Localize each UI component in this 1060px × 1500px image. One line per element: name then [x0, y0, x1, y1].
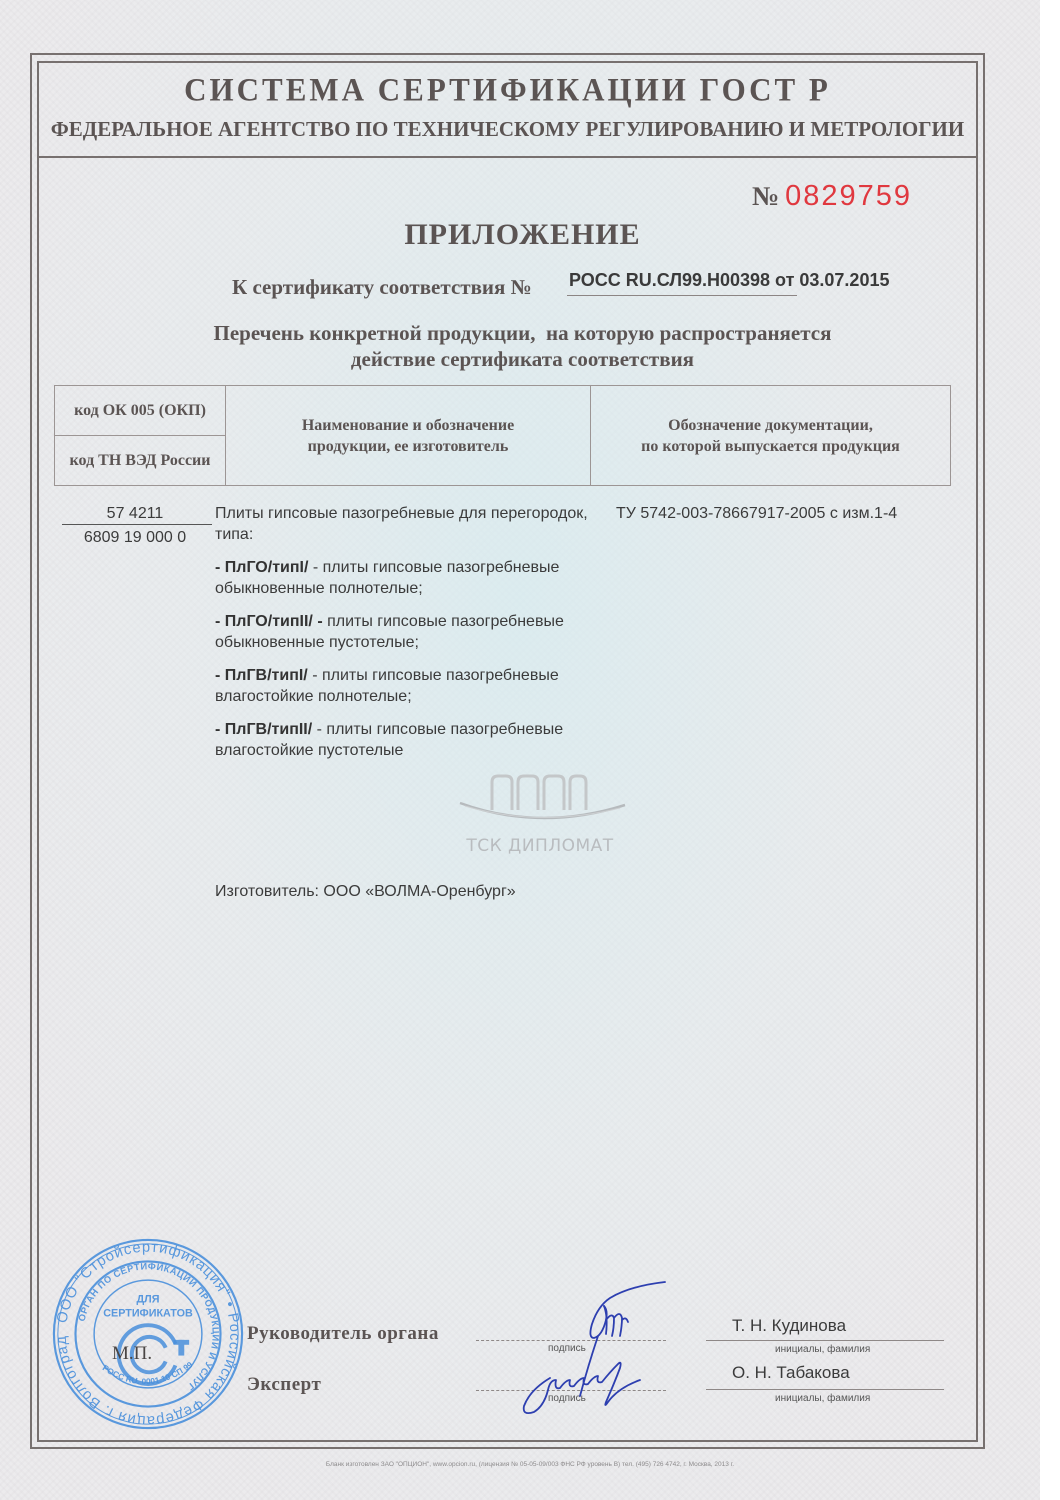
header-product-line1: Наименование и обозначение — [302, 415, 514, 436]
form-printer-footer: Бланк изготовлен ЗАО "ОПЦИОН", www.opcio… — [0, 1461, 1060, 1468]
header-product: Наименование и обозначение продукции, ее… — [226, 386, 591, 485]
stamp-center-line2: СЕРТИФИКАТОВ — [103, 1307, 193, 1319]
product-item-prefix: - — [215, 667, 225, 684]
product-item-code: ПлГО/типII/ — [225, 613, 313, 630]
agency-title: ФЕДЕРАЛЬНОЕ АГЕНТСТВО ПО ТЕХНИЧЕСКОМУ РЕ… — [37, 117, 978, 142]
header-documentation: Обозначение документации, по которой вып… — [591, 386, 950, 485]
product-item-prefix: - — [215, 721, 225, 738]
list-title-line1: Перечень конкретной продукции, на котору… — [67, 320, 978, 346]
header-divider — [37, 156, 978, 158]
dealer-watermark: ТСК ДИПЛОМАТ — [440, 770, 640, 860]
list-title-line2: действие сертификата соответствия — [67, 346, 978, 372]
product-description: Плиты гипсовые пазогребневые для перегор… — [215, 503, 595, 773]
expert-name-caption: инициалы, фамилия — [775, 1393, 870, 1404]
header-code-column: код ОК 005 (ОКП) код ТН ВЭД России — [55, 386, 226, 485]
head-name: Т. Н. Кудинова — [732, 1316, 846, 1336]
head-label: Руководитель органа — [247, 1323, 439, 1345]
product-item-prefix: - — [215, 613, 225, 630]
header-doc-line1: Обозначение документации, — [641, 415, 900, 436]
code-okp-value: 57 4211 — [60, 503, 210, 524]
expert-signature-icon — [510, 1350, 660, 1420]
form-number: №0829759 — [752, 180, 912, 213]
product-item-prefix: - — [215, 559, 225, 576]
header-product-line2: продукции, ее изготовитель — [302, 436, 514, 457]
expert-label: Эксперт — [247, 1374, 321, 1396]
product-item-code: ПлГВ/типII/ — [225, 721, 312, 738]
watermark-logo-icon — [440, 770, 640, 840]
stamp-place-label: М.П. — [112, 1343, 152, 1365]
system-title: СИСТЕМА СЕРТИФИКАЦИИ ГОСТ Р — [37, 71, 978, 109]
certificate-underline — [567, 295, 797, 296]
header-doc-line2: по которой выпускается продукция — [641, 436, 900, 457]
watermark-text: ТСК ДИПЛОМАТ — [440, 836, 640, 856]
certificate-value: РОСС RU.СЛ99.Н00398 от 03.07.2015 — [569, 270, 934, 291]
certificate-sheet: СИСТЕМА СЕРТИФИКАЦИИ ГОСТ Р ФЕДЕРАЛЬНОЕ … — [0, 0, 1040, 1500]
product-item: - ПлГО/типI/ - плиты гипсовые пазогребне… — [215, 557, 595, 599]
product-item: - ПлГВ/типI/ - плиты гипсовые пазогребне… — [215, 665, 595, 707]
head-name-line — [706, 1340, 944, 1341]
code-fraction-line — [62, 524, 212, 525]
expert-name: О. Н. Табакова — [732, 1363, 850, 1383]
header-code-okp: код ОК 005 (ОКП) — [55, 386, 225, 436]
product-item-separator: - — [312, 721, 326, 738]
list-title: Перечень конкретной продукции, на котору… — [37, 320, 978, 372]
product-item-separator: - — [308, 559, 322, 576]
product-item-code: ПлГВ/типI/ — [225, 667, 308, 684]
product-intro: Плиты гипсовые пазогребневые для перегор… — [215, 503, 595, 545]
product-item-separator: - — [308, 667, 322, 684]
code-tnved-value: 6809 19 000 0 — [60, 527, 210, 548]
product-item: - ПлГВ/типII/ - плиты гипсовые пазогребн… — [215, 719, 595, 761]
manufacturer: Изготовитель: ООО «ВОЛМА-Оренбург» — [215, 881, 516, 902]
table-header: код ОК 005 (ОКП) код ТН ВЭД России Наиме… — [54, 385, 951, 486]
number-sign: № — [752, 181, 779, 211]
header-code-tnved: код ТН ВЭД России — [55, 436, 225, 485]
certificate-label: К сертификату соответствия № — [232, 275, 532, 300]
documentation-value: ТУ 5742-003-78667917-2005 с изм.1-4 — [616, 503, 897, 524]
appendix-title: ПРИЛОЖЕНИЕ — [37, 218, 978, 252]
product-item-code: ПлГО/типI/ — [225, 559, 309, 576]
stamp-center-line1: ДЛЯ — [137, 1294, 160, 1306]
product-item: - ПлГО/типII/ - плиты гипсовые пазогребн… — [215, 611, 595, 653]
form-number-value: 0829759 — [785, 180, 912, 212]
certification-stamp-icon: ООО "Стройсертификация" • Российская Фед… — [50, 1236, 246, 1432]
expert-name-line — [706, 1389, 944, 1390]
head-name-caption: инициалы, фамилия — [775, 1344, 870, 1355]
product-item-separator: - — [313, 613, 327, 630]
